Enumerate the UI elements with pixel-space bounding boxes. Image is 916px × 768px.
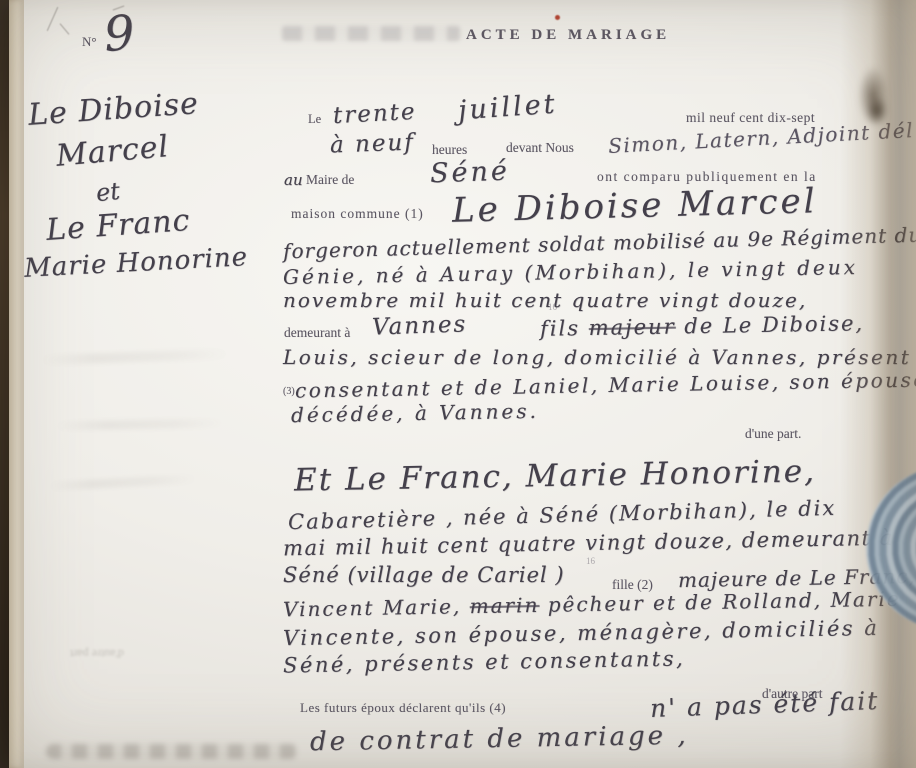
hw-village: Séné (village de Cariel ) (283, 563, 565, 587)
book-binding-edge (0, 0, 9, 768)
red-ink-dot (555, 15, 560, 20)
margin-groom-firstname: Marcel (55, 129, 171, 174)
hw-fils: fils (540, 316, 580, 341)
marriage-act-page: ACTE DE MARIAGE N° 9 Le Diboise Marcel e… (0, 0, 916, 768)
hw-day: trente (332, 99, 417, 129)
hw-commune: Séné (429, 156, 510, 190)
hw-no-contract-1: n' a pas été fait (650, 686, 880, 723)
hw-groom-mother: consentant et de Laniel, Marie Louise, s… (295, 367, 916, 402)
hw-groom-fullname: Le Diboise Marcel (452, 181, 818, 231)
hw-de-lediboise: de Le Diboise, (684, 311, 864, 338)
margin-conjunction: et (95, 177, 122, 207)
hw-hour: à neuf (330, 130, 416, 159)
pencil-mark (60, 23, 70, 34)
hw-city-vannes: Vannes (372, 311, 468, 340)
form-footnote-16b: 16 (586, 556, 595, 566)
printed-maison-commune: maison commune (1) (291, 206, 424, 222)
bleedthrough-streak (48, 474, 198, 491)
bleedthrough-mirrored-text: d'autre part (70, 646, 124, 661)
hw-consentants: Séné, présents et consentants, (283, 646, 686, 677)
printed-dune-part: d'une part. (745, 426, 801, 442)
bleedthrough-streak (40, 349, 230, 366)
printed-le: Le (308, 112, 321, 127)
hw-groom-father: Louis, scieur de long, domicilié à Vanne… (283, 345, 911, 369)
hw-groom-line-3: novembre mil huit cent quatre vingt douz… (283, 288, 807, 312)
page-edge (9, 0, 24, 768)
bleedthrough-band (46, 744, 298, 759)
margin-groom-surname: Le Diboise (27, 86, 200, 133)
page-title: ACTE DE MARIAGE (466, 27, 670, 44)
hw-majeur-struck: majeur (588, 314, 675, 340)
printed-contract-declaration: Les futurs époux déclarent qu'ils (4) (300, 700, 506, 716)
margin-bride-surname: Le Franc (45, 203, 191, 248)
hw-bride-mother-line: Vincente, son épouse, ménagère, domicili… (283, 616, 880, 650)
printed-demeurant: demeurant à (284, 325, 350, 341)
printed-heures: heures (432, 142, 467, 158)
hw-no-contract-2: de contrat de mariage , (310, 721, 689, 758)
printed-devant-nous: devant Nous (506, 140, 574, 156)
hw-au: au (284, 171, 303, 189)
hw-marin-struck: marin (469, 593, 539, 618)
hw-groom-mother-deceased: décédée, à Vannes. (291, 399, 539, 427)
bleedthrough-streak (55, 419, 225, 431)
faded-stamp (282, 26, 460, 41)
margin-bride-firstname: Marie Honorine (23, 242, 248, 284)
form-note-3: (3) (283, 386, 295, 397)
hw-fils-line: fils majeur de Le Diboise, (540, 311, 865, 341)
gutter-dark-blotch-2 (866, 96, 888, 126)
hw-bride-fullname: Et Le Franc, Marie Honorine, (294, 453, 817, 498)
act-number-value: 9 (102, 5, 136, 63)
printed-maire-de: Maire de (306, 172, 354, 188)
hw-month: juillet (457, 89, 558, 127)
hw-bride-mother: pêcheur et de Rolland, Marie (547, 587, 900, 617)
hw-bride-father: Vincent Marie, (283, 594, 462, 621)
act-number-label: N° (82, 34, 97, 50)
pencil-mark (47, 7, 58, 31)
